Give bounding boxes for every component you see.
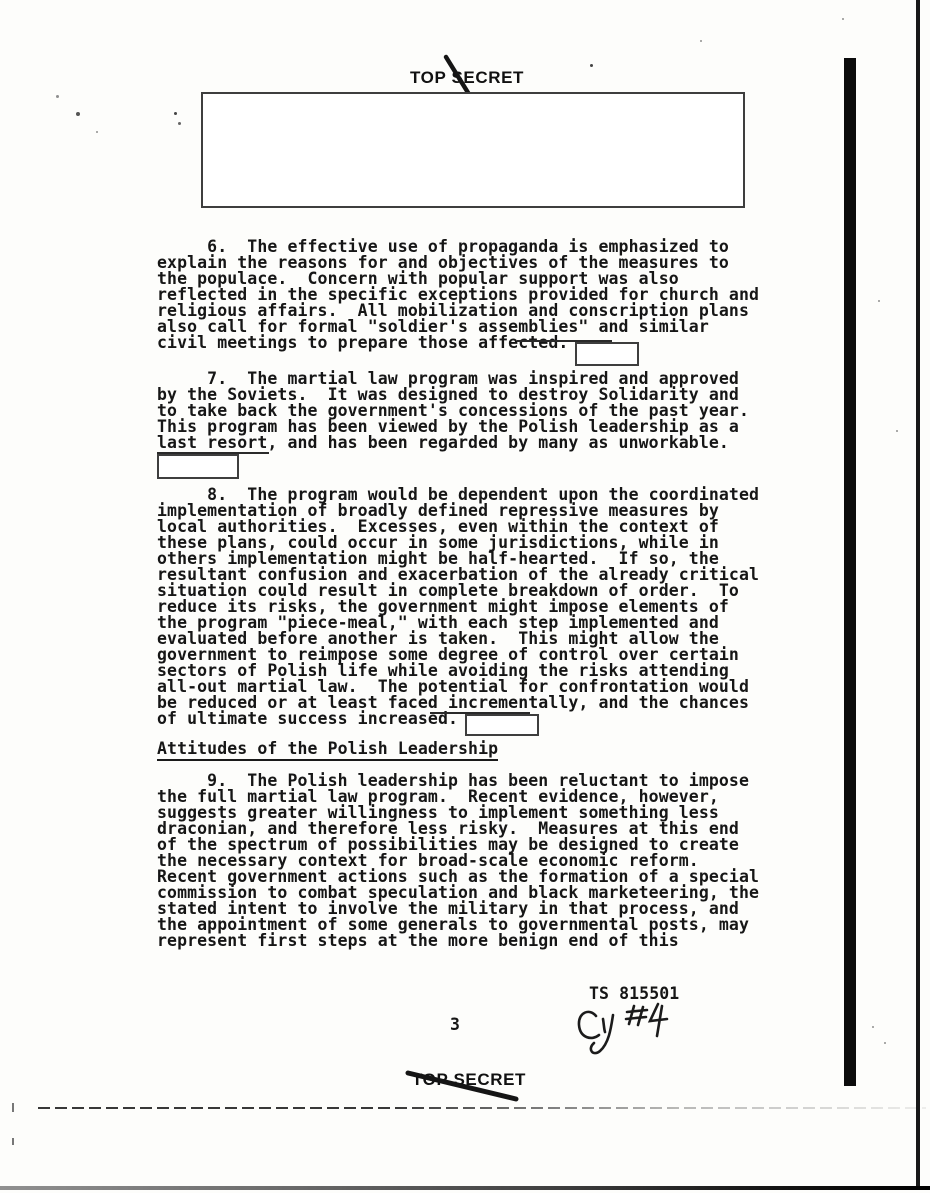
scan-speck: [96, 131, 98, 133]
binding-edge-bar: [844, 58, 856, 1086]
scan-speck: [878, 300, 880, 302]
section-heading-wrap: Attitudes of the Polish Leadership: [157, 741, 761, 761]
scan-speck: [590, 64, 593, 67]
scan-speck: [174, 112, 177, 115]
document-page: TOP SECRET 6. The effective use of propa…: [0, 0, 930, 1193]
scan-mark: [12, 1103, 14, 1112]
scan-edge-bottom: [0, 1186, 930, 1190]
scan-speck: [872, 1026, 874, 1028]
scan-speck: [884, 1042, 886, 1044]
scan-speck: [842, 18, 844, 20]
section-heading: Attitudes of the Polish Leadership: [157, 741, 498, 761]
dashed-separator-line: [38, 1107, 926, 1109]
classification-banner-bottom: TOP SECRET: [412, 1071, 526, 1089]
redaction-box-small-2: [157, 454, 239, 479]
scan-mark: [12, 1138, 14, 1145]
scan-speck: [896, 430, 898, 432]
redaction-box-small-1: [575, 342, 639, 366]
classification-banner-top: TOP SECRET: [410, 69, 524, 87]
redaction-box-large: [201, 92, 745, 208]
page-number: 3: [450, 1017, 480, 1033]
paragraph-6: 6. The effective use of propaganda is em…: [157, 239, 761, 351]
scan-speck: [178, 122, 181, 125]
scan-speck: [76, 112, 80, 116]
page-edge-line-right: [916, 0, 920, 1188]
redaction-box-small-3: [465, 714, 539, 736]
paragraph-9: 9. The Polish leadership has been reluct…: [157, 773, 761, 949]
paragraph-7: 7. The martial law program was inspired …: [157, 371, 761, 451]
scan-speck: [56, 95, 59, 98]
scan-speck: [700, 40, 702, 42]
paragraph-8: 8. The program would be dependent upon t…: [157, 487, 761, 727]
copy-number-handwriting: [572, 1000, 680, 1058]
